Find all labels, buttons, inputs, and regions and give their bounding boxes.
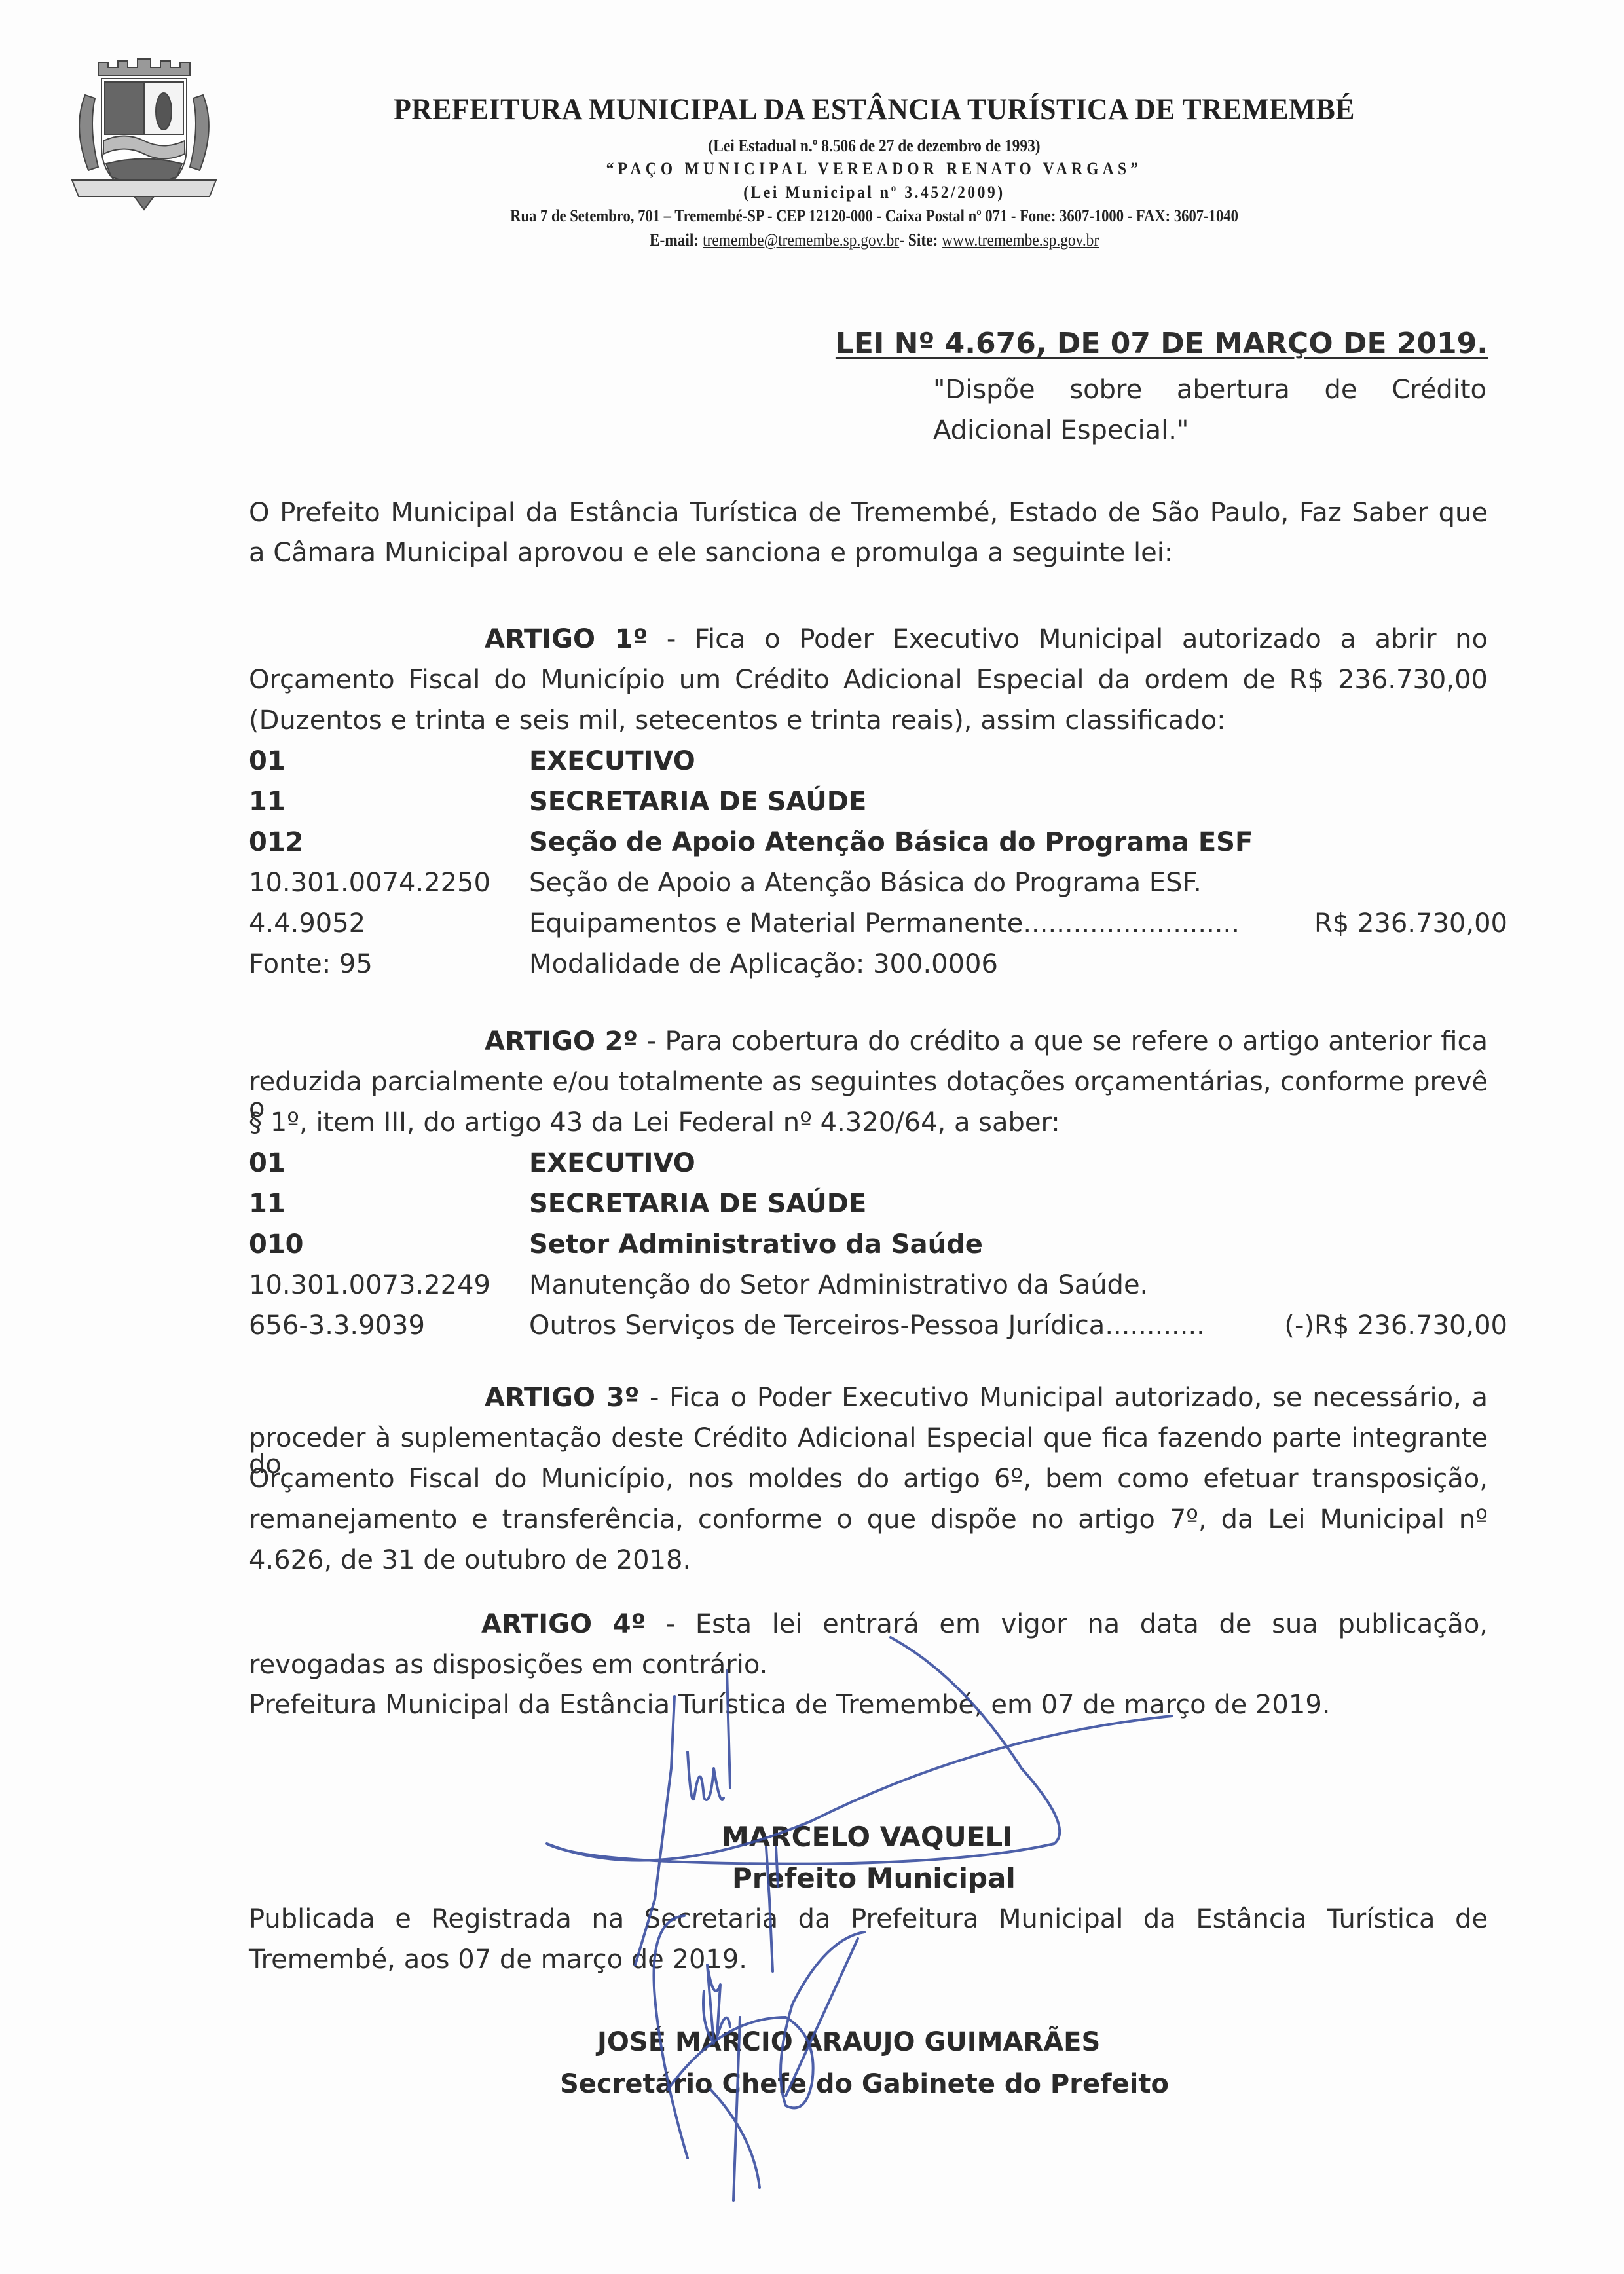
site-label: - Site: <box>899 231 942 250</box>
row-description: Setor Administrativo da Saúde <box>529 1231 983 1258</box>
publication-line-1: Publicada e Registrada na Secretaria da … <box>249 1906 1488 1932</box>
preamble-line-1: O Prefeito Municipal da Estância Turísti… <box>249 500 1488 526</box>
row-value: R$ 236.730,00 <box>1314 910 1507 937</box>
artigo-3-line-4: remanejamento e transferência, conforme … <box>249 1506 1488 1533</box>
artigo-1-label: ARTIGO 1º <box>485 624 648 654</box>
letterhead-municipal-law: (Lei Municipal nº 3.452/2009) <box>365 183 1384 202</box>
publication-line-2: Tremembé, aos 07 de março de 2019. <box>249 1947 747 1973</box>
ementa-line-1: "Dispõe sobre abertura de Crédito <box>933 377 1486 403</box>
row-description: SECRETARIA DE SAÚDE <box>529 1191 866 1217</box>
row-description: Equipamentos e Material Permanente......… <box>529 910 1240 937</box>
signatory-1-role: Prefeito Municipal <box>732 1865 1016 1892</box>
coat-of-arms-icon <box>52 49 236 219</box>
email-link[interactable]: tremembe@tremembe.sp.gov.br <box>703 231 899 250</box>
row-code: 01 <box>249 748 286 774</box>
row-description: Seção de Apoio a Atenção Básica do Progr… <box>529 870 1202 896</box>
artigo-3-line-3: Orçamento Fiscal do Município, nos molde… <box>249 1466 1488 1492</box>
signatory-2-role: Secretário Chefe do Gabinete do Prefeito <box>560 2071 1169 2097</box>
email-label: E-mail: <box>650 231 703 250</box>
artigo-3-line-1: ARTIGO 3º - Fica o Poder Executivo Munic… <box>485 1385 1488 1411</box>
signatory-1-name: MARCELO VAQUELI <box>722 1824 1013 1850</box>
signatory-2-name: JOSÉ MARCIO ARAUJO GUIMARÃES <box>597 2029 1100 2055</box>
artigo-1-line-1: ARTIGO 1º - Fica o Poder Executivo Munic… <box>485 626 1488 652</box>
artigo-4-label: ARTIGO 4º <box>481 1609 646 1639</box>
row-code: 012 <box>249 829 304 855</box>
row-code: 10.301.0073.2249 <box>249 1272 490 1298</box>
ementa-line-2: Adicional Especial." <box>933 417 1189 443</box>
row-code: 656-3.3.9039 <box>249 1313 425 1339</box>
row-description: Modalidade de Aplicação: 300.0006 <box>529 951 998 977</box>
artigo-4-line-1: ARTIGO 4º - Esta lei entrará em vigor na… <box>481 1611 1488 1637</box>
artigo-3-line-5: 4.626, de 31 de outubro de 2018. <box>249 1547 691 1573</box>
letterhead-state-law: (Lei Estadual n.º 8.506 de 27 de dezembr… <box>365 136 1384 156</box>
row-code: 4.4.9052 <box>249 910 365 937</box>
row-code: 010 <box>249 1231 304 1258</box>
letterhead-address: Rua 7 de Setembro, 701 – Tremembé-SP - C… <box>381 206 1367 226</box>
row-value: (-)R$ 236.730,00 <box>1284 1313 1507 1339</box>
row-description: EXECUTIVO <box>529 748 695 774</box>
row-code: 01 <box>249 1150 286 1176</box>
row-description: Manutenção do Setor Administrativo da Sa… <box>529 1272 1148 1298</box>
row-code: Fonte: 95 <box>249 951 373 977</box>
closing-place-date: Prefeitura Municipal da Estância Turísti… <box>249 1692 1330 1718</box>
site-link[interactable]: www.tremembe.sp.gov.br <box>942 231 1099 250</box>
artigo-2-line-3: § 1º, item III, do artigo 43 da Lei Fede… <box>249 1109 1060 1136</box>
row-description: Seção de Apoio Atenção Básica do Program… <box>529 829 1253 855</box>
artigo-1-line-3: (Duzentos e trinta e seis mil, setecento… <box>249 707 1226 734</box>
artigo-2-label: ARTIGO 2º <box>485 1026 638 1056</box>
letterhead-contacts: E-mail: tremembe@tremembe.sp.gov.br- Sit… <box>365 231 1384 250</box>
artigo-1-line-2: Orçamento Fiscal do Município um Crédito… <box>249 667 1488 693</box>
row-code: 10.301.0074.2250 <box>249 870 490 896</box>
artigo-3-label: ARTIGO 3º <box>485 1383 639 1413</box>
row-description: EXECUTIVO <box>529 1150 695 1176</box>
letterhead-building-name: “PAÇO MUNICIPAL VEREADOR RENATO VARGAS” <box>365 159 1384 179</box>
preamble-line-2: a Câmara Municipal aprovou e ele sancion… <box>249 540 1173 566</box>
law-title: LEI Nº 4.676, DE 07 DE MARÇO DE 2019. <box>800 331 1488 357</box>
letterhead-title: PREFEITURA MUNICIPAL DA ESTÂNCIA TURÍSTI… <box>348 92 1401 127</box>
artigo-2-line-1: ARTIGO 2º - Para cobertura do crédito a … <box>485 1028 1488 1054</box>
row-code: 11 <box>249 1191 286 1217</box>
row-description: Outros Serviços de Terceiros-Pessoa Jurí… <box>529 1313 1205 1339</box>
row-code: 11 <box>249 789 286 815</box>
artigo-4-line-2: revogadas as disposições em contrário. <box>249 1652 767 1678</box>
row-description: SECRETARIA DE SAÚDE <box>529 789 866 815</box>
